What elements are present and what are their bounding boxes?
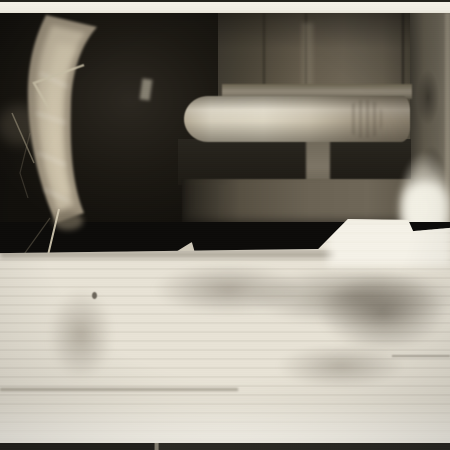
beam-grain-swirl <box>252 334 430 398</box>
beam-grain-line <box>392 355 450 357</box>
beam-grain-line <box>0 388 238 391</box>
wooden-handle <box>184 96 410 142</box>
beam-knot <box>92 292 97 299</box>
photo-border-top <box>0 2 450 13</box>
photo-frame <box>0 0 450 450</box>
beam-bottom-highlight <box>0 400 450 445</box>
wheel-rim <box>0 13 150 293</box>
bottom-shadow-strip <box>0 443 450 450</box>
beam-smudge <box>38 280 124 400</box>
